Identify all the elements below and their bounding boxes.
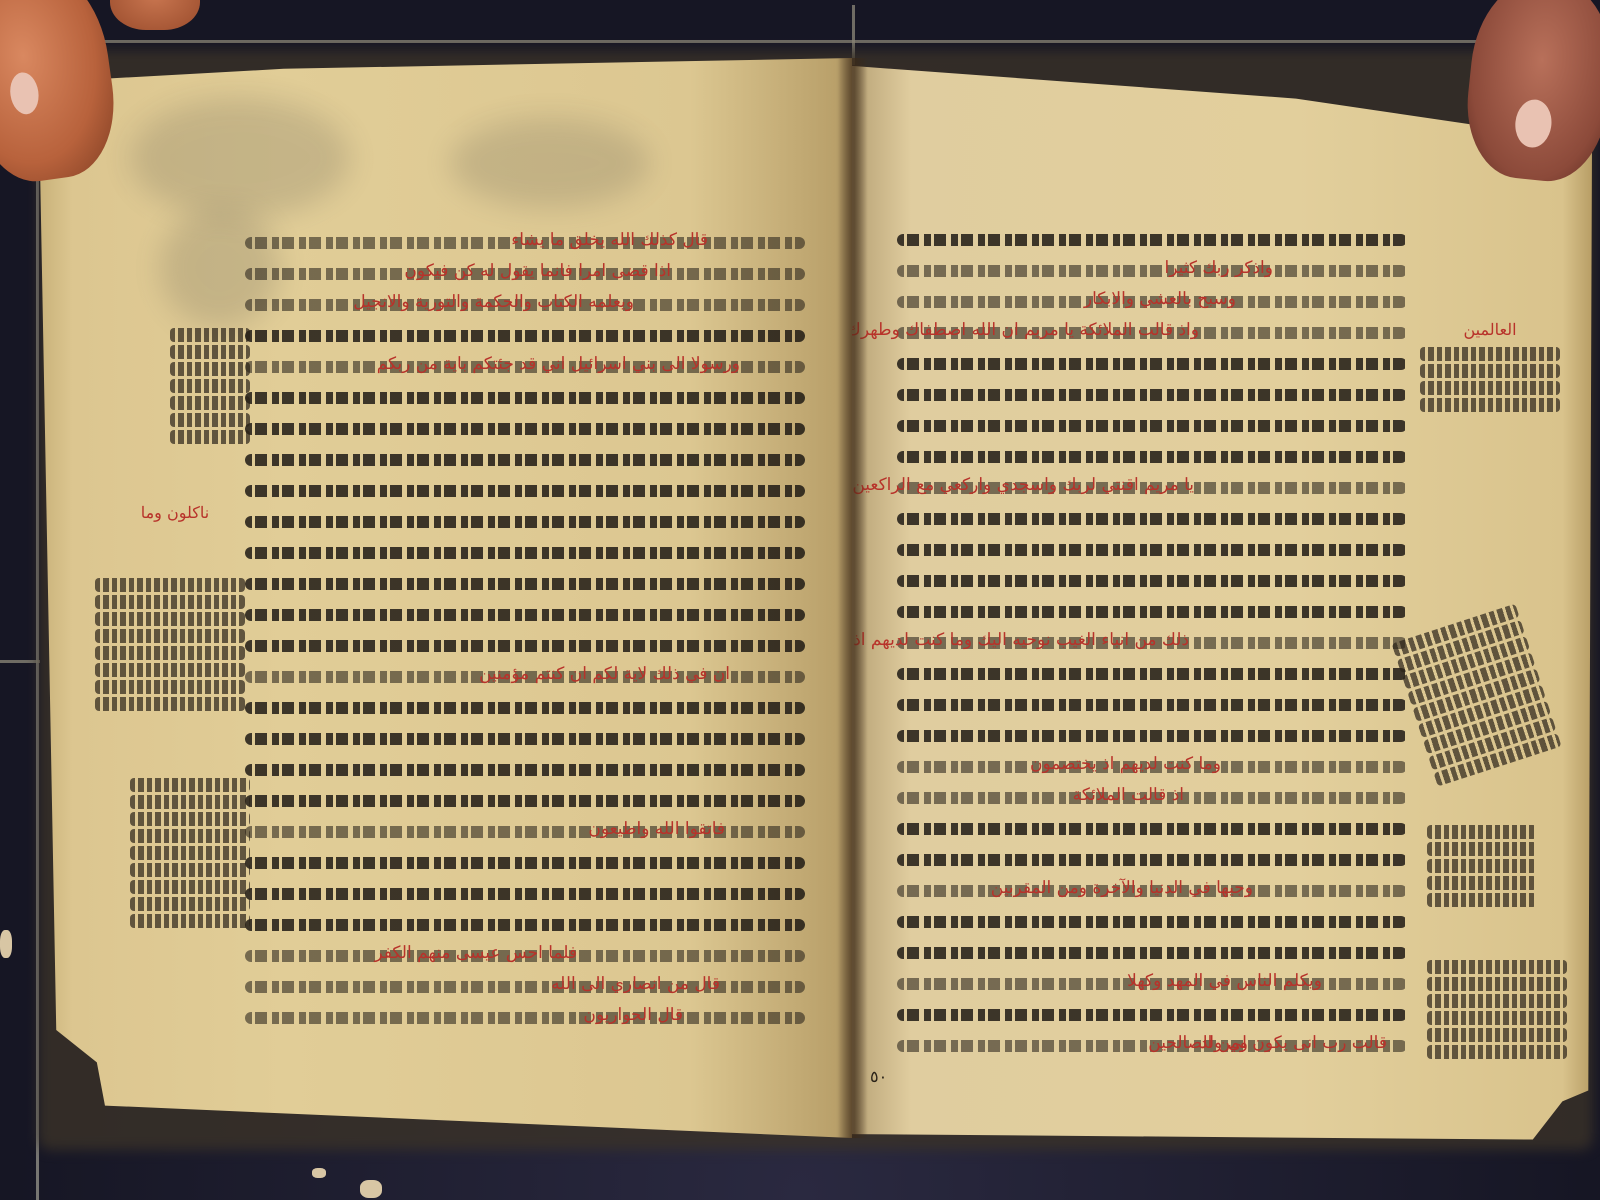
right-page: واذكر ربك كثيراوسبح بالعشي والابكارواذ ق… — [852, 55, 1592, 1145]
manuscript-line: قال الحواريون — [245, 1003, 805, 1034]
manuscript-line — [897, 225, 1407, 256]
manuscript-line — [897, 721, 1407, 752]
margin-note-upper-left — [170, 328, 250, 447]
manuscript-line — [897, 566, 1407, 597]
rubric-text: اذ قالت الملائكة — [1073, 785, 1184, 805]
margin-note-red: ناكلون وما — [120, 503, 230, 530]
manuscript-line — [897, 1000, 1407, 1031]
ink-line-placeholder — [897, 730, 1407, 742]
rubric-text: ويكلم الناس في المهد وكهلا — [1127, 971, 1322, 991]
manuscript-line — [245, 848, 805, 879]
ink-line-placeholder — [897, 606, 1407, 618]
ink-line-placeholder — [245, 485, 805, 497]
paper-fragment — [0, 930, 12, 958]
ink-line-placeholder — [245, 547, 805, 559]
manuscript-line — [897, 411, 1407, 442]
book-gutter — [838, 58, 868, 1138]
ink-line-placeholder — [897, 916, 1407, 928]
margin-note-lower-left — [95, 578, 245, 714]
rubric-text: ويعلمه الكتاب والحكمة والتورية والانجيل — [353, 292, 634, 312]
left-body-text: قال كذلك الله يخلق ما يشاءاذا قضى امرا ف… — [245, 228, 805, 1034]
manuscript-line: ويعلمه الكتاب والحكمة والتورية والانجيل — [245, 290, 805, 321]
rubric-text: ان في ذلك لاية لكم ان كنتم مؤمنين — [479, 664, 730, 684]
rubric-text: يا مريم اقنتي لربك واسجدي واركعي مع الرا… — [852, 475, 1194, 495]
margin-note-lower-right — [1427, 825, 1537, 910]
ink-line-placeholder — [897, 544, 1407, 556]
manuscript-line — [245, 693, 805, 724]
margin-rubric: ناكلون وما — [120, 503, 230, 522]
manuscript-line — [897, 690, 1407, 721]
ink-line-placeholder — [897, 234, 1407, 246]
manuscript-line — [897, 504, 1407, 535]
ink-line-placeholder — [245, 578, 805, 590]
ink-line-placeholder — [897, 668, 1407, 680]
ink-line-placeholder — [897, 854, 1407, 866]
ink-line-placeholder — [245, 764, 805, 776]
manuscript-line — [245, 538, 805, 569]
left-page: قال كذلك الله يخلق ما يشاءاذا قضى امرا ف… — [40, 58, 852, 1138]
manuscript-line: واذ قالت الملائكة يا مريم ان الله اصطفاك… — [897, 318, 1407, 349]
manuscript-line: ان في ذلك لاية لكم ان كنتم مؤمنين — [245, 662, 805, 693]
manuscript-line — [897, 597, 1407, 628]
rubric-text: قالت رب انى يكون لي ولد — [1200, 1033, 1387, 1053]
ink-line-placeholder — [245, 392, 805, 404]
ink-line-placeholder — [245, 702, 805, 714]
ink-line-placeholder — [897, 575, 1407, 587]
manuscript-line: ورسولا الى بني اسرائيل اني قد جئتكم باية… — [245, 352, 805, 383]
ink-line-placeholder — [245, 795, 805, 807]
ink-line-placeholder — [897, 389, 1407, 401]
ink-line-placeholder — [245, 423, 805, 435]
mat-grid-line — [95, 40, 1595, 43]
stain — [450, 118, 650, 208]
ink-line-placeholder — [245, 857, 805, 869]
manuscript-line — [245, 321, 805, 352]
manuscript-line — [245, 383, 805, 414]
margin-note-mid-right — [1392, 604, 1563, 790]
manuscript-line: ويكلم الناس في المهد وكهلا — [897, 969, 1407, 1000]
stain — [130, 98, 350, 218]
ink-line-placeholder — [897, 265, 1407, 277]
margin-note-bottom-left — [130, 778, 250, 931]
manuscript-line — [897, 659, 1407, 690]
ink-line-placeholder — [245, 888, 805, 900]
rubric-text: وجيها في الدنيا والآخرة ومن المقربين — [991, 878, 1253, 898]
manuscript-line — [245, 414, 805, 445]
ink-line-placeholder — [897, 823, 1407, 835]
rubric-text: واذ قالت الملائكة يا مريم ان الله اصطفاك… — [852, 320, 1199, 340]
ink-line-placeholder — [245, 330, 805, 342]
ink-line-placeholder — [245, 981, 805, 993]
paper-fragment — [360, 1180, 382, 1198]
ink-line-placeholder — [897, 358, 1407, 370]
margin-rubric: العالمين — [1420, 320, 1560, 339]
paper-fragment — [312, 1168, 326, 1178]
manuscript-line: واذكر ربك كثيرا — [897, 256, 1407, 287]
rubric-text: فلما احس عيسى منهم الكفر — [374, 943, 577, 963]
manuscript-line: وجيها في الدنيا والآخرة ومن المقربين — [897, 876, 1407, 907]
manuscript-line: فلما احس عيسى منهم الكفر — [245, 941, 805, 972]
manuscript-line — [245, 569, 805, 600]
manuscript-line: وسبح بالعشي والابكار — [897, 287, 1407, 318]
ink-line-placeholder — [245, 454, 805, 466]
manuscript-line — [897, 535, 1407, 566]
manuscript-line: فاتقوا الله واطيعون — [245, 817, 805, 848]
rubric-text: فاتقوا الله واطيعون — [588, 819, 725, 839]
ink-line-placeholder — [897, 513, 1407, 525]
mat-grid-line — [0, 660, 40, 663]
manuscript-line — [245, 910, 805, 941]
ink-line-placeholder — [897, 1009, 1407, 1021]
ink-line-placeholder — [245, 733, 805, 745]
manuscript-line: يا مريم اقنتي لربك واسجدي واركعي مع الرا… — [897, 473, 1407, 504]
manuscript-line: وما كنت لديهم اذ يختصمون — [897, 752, 1407, 783]
rubric-text: قال كذلك الله يخلق ما يشاء — [511, 230, 708, 250]
manuscript-line — [897, 380, 1407, 411]
manuscript-line — [245, 476, 805, 507]
manuscript-line: قال كذلك الله يخلق ما يشاء — [245, 228, 805, 259]
margin-note-bottom-right — [1427, 960, 1567, 1062]
manuscript-line — [897, 442, 1407, 473]
manuscript-line — [897, 814, 1407, 845]
ink-line-placeholder — [897, 947, 1407, 959]
manuscript-line: ومن الصالحينقالت رب انى يكون لي ولد — [897, 1031, 1407, 1062]
ink-line-placeholder — [245, 516, 805, 528]
manuscript-line — [897, 349, 1407, 380]
manuscript-line — [245, 600, 805, 631]
manuscript-line — [245, 724, 805, 755]
folio-number: ٥٠ — [870, 1067, 887, 1086]
ink-line-placeholder — [897, 699, 1407, 711]
ink-line-placeholder — [245, 609, 805, 621]
rubric-text: قال الحواريون — [583, 1005, 683, 1025]
manuscript-line — [897, 938, 1407, 969]
rubric-text: وسبح بالعشي والابكار — [1084, 289, 1236, 309]
manuscript-line — [245, 445, 805, 476]
manuscript-line — [245, 755, 805, 786]
ink-line-placeholder — [897, 451, 1407, 463]
ink-line-placeholder — [245, 919, 805, 931]
manuscript-line: اذ قالت الملائكة — [897, 783, 1407, 814]
manuscript-line — [245, 879, 805, 910]
manuscript-line — [897, 907, 1407, 938]
manuscript-line — [245, 631, 805, 662]
rubric-text: اذا قضى امرا فانما يقول له كن فيكون — [404, 261, 671, 281]
right-body-text: واذكر ربك كثيراوسبح بالعشي والابكارواذ ق… — [897, 225, 1407, 1062]
rubric-text: ورسولا الى بني اسرائيل اني قد جئتكم باية… — [377, 354, 740, 374]
manuscript-line: اذا قضى امرا فانما يقول له كن فيكون — [245, 259, 805, 290]
rubric-text: قال من انصاري الى الله — [551, 974, 720, 994]
ink-line-placeholder — [897, 420, 1407, 432]
manuscript-line: قال من انصاري الى الله — [245, 972, 805, 1003]
manuscript-line: ذلك من انباء الغيب نوحيه اليك وما كنت لد… — [897, 628, 1407, 659]
ink-line-placeholder — [245, 1012, 805, 1024]
rubric-text: وما كنت لديهم اذ يختصمون — [1030, 754, 1221, 774]
manuscript-line — [245, 507, 805, 538]
rubric-text: ذلك من انباء الغيب نوحيه اليك وما كنت لد… — [852, 630, 1189, 650]
manuscript-line — [245, 786, 805, 817]
manuscript-line — [897, 845, 1407, 876]
margin-note-upper-right: العالمين — [1420, 320, 1560, 415]
rubric-text: واذكر ربك كثيرا — [1164, 258, 1273, 278]
ink-line-placeholder — [245, 640, 805, 652]
